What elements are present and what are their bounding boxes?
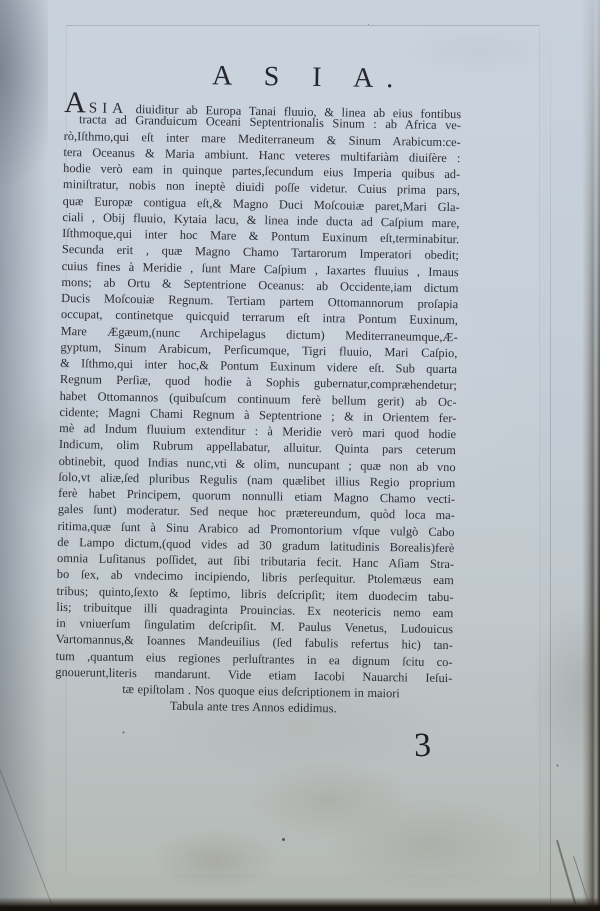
body-lines: tracta ad Granduicum Oceani Septentriona… xyxy=(55,111,461,686)
book-page: A S I A. ASIA diuiditur ab Europa Tanai … xyxy=(0,0,600,911)
corner-streak xyxy=(557,840,577,904)
text-block: A S I A. ASIA diuiditur ab Europa Tanai … xyxy=(55,56,462,719)
page-title: A S I A. xyxy=(110,57,508,99)
paragraph: ASIA diuiditur ab Europa Tanai fluuio, &… xyxy=(55,95,462,719)
page-stack-edge xyxy=(582,0,600,911)
book-photo: A S I A. ASIA diuiditur ab Europa Tanai … xyxy=(0,0,600,911)
vertical-crease xyxy=(550,55,551,911)
paper-speck xyxy=(282,838,285,841)
book-bottom-edge xyxy=(0,897,600,911)
gutter-shadow xyxy=(0,0,48,911)
page-number: 3 xyxy=(413,726,431,767)
closing-lines: tæ epiſtolam . Nos quoque eius deſcripti… xyxy=(55,680,452,719)
